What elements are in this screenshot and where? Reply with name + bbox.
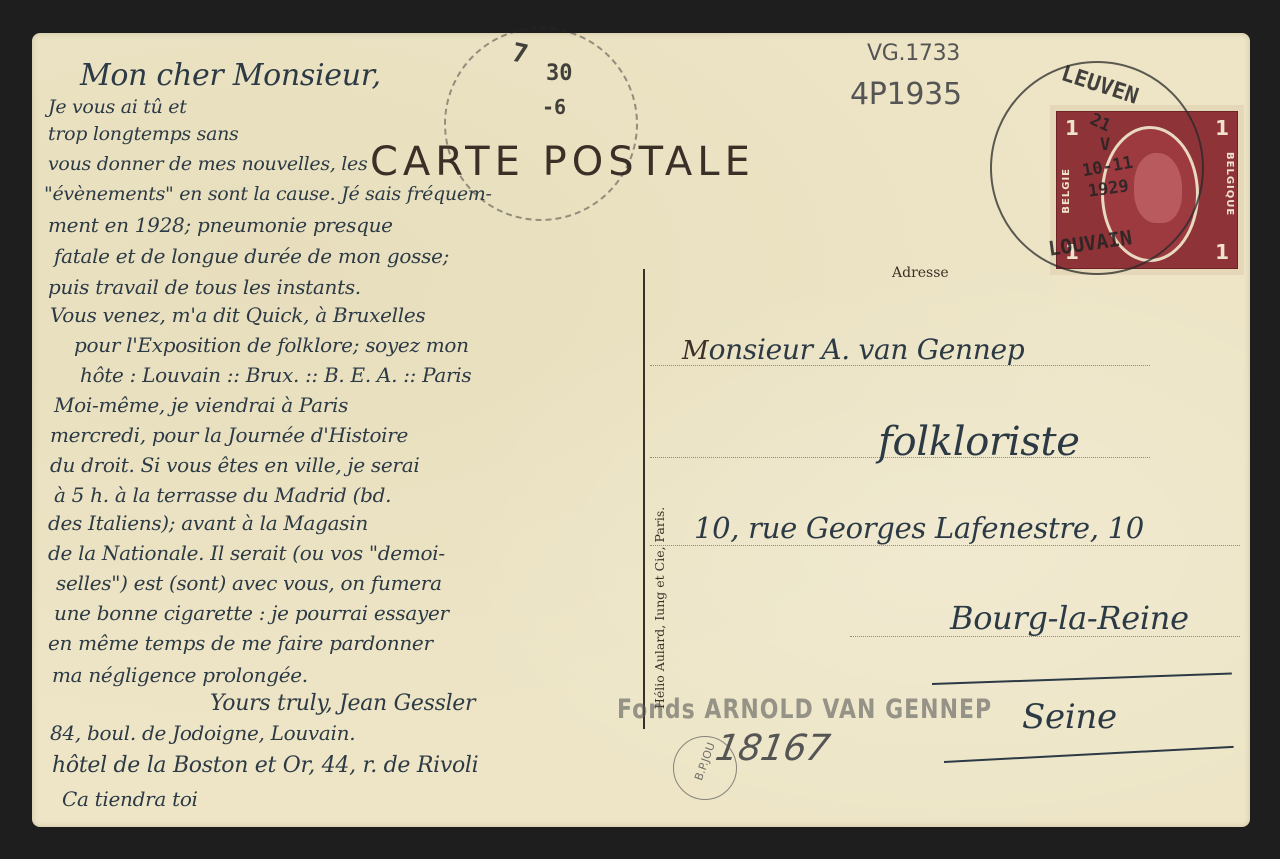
letter-line: du droit. Si vous êtes en ville, je sera…	[50, 455, 419, 475]
letter-line: à 5 h. à la terrasse du Madrid (bd.	[54, 485, 391, 505]
letter-line: vous donner de mes nouvelles, les	[48, 155, 367, 174]
address-occupation: folkloriste	[878, 419, 1080, 465]
address-recipient: Monsieur A. van Gennep	[682, 333, 1024, 366]
address-street: 10, rue Georges Lafenestre, 10	[694, 511, 1144, 545]
letter-line: selles") est (sont) avec vous, on fumera	[56, 573, 442, 593]
letter-line: mercredi, pour la Journée d'Histoire	[50, 425, 408, 445]
letter-line: Vous venez, m'a dit Quick, à Bruxelles	[50, 305, 425, 325]
letter-line: Yours truly, Jean Gessler	[210, 693, 475, 715]
letter-line: puis travail de tous les instants.	[48, 277, 361, 297]
letter-line: Je vous ai tû et	[48, 98, 187, 117]
letter-line: "évènements" en sont la cause. Jé sais f…	[44, 185, 492, 204]
letter-line: des Italiens); avant à la Magasin	[48, 513, 368, 533]
archive-ref-code-2: 4P1935	[850, 77, 962, 112]
letter-line: Mon cher Monsieur,	[80, 61, 381, 91]
address-city: Bourg-la-Reine	[950, 599, 1189, 637]
letter-line: ma négligence prolongée.	[52, 665, 308, 685]
vertical-divider	[643, 269, 645, 729]
address-label: Adresse	[892, 265, 949, 281]
stamp-value-top-right: 1	[1215, 116, 1229, 140]
letter-line: Moi-même, je viendrai à Paris	[54, 395, 348, 415]
stamp-country-right: BELGIQUE	[1219, 152, 1235, 216]
letter-line: fatale et de longue durée de mon gosse;	[54, 246, 449, 266]
arrival-postmark-month: -6	[542, 95, 566, 119]
letter-line: ment en 1928; pneumonie presque	[48, 215, 393, 235]
letter-line: trop longtemps sans	[48, 125, 239, 144]
fonds-archive-stamp: Fonds ARNOLD VAN GENNEP	[617, 695, 992, 725]
department-underline	[944, 746, 1234, 763]
postcard: CARTE POSTALE 7 30 -6 VG.1733 4P1935 1 1…	[32, 33, 1250, 827]
address-department: Seine	[1022, 697, 1117, 737]
letter-line: Ca tiendra toi	[62, 789, 198, 809]
postmark-month: V	[1100, 135, 1110, 155]
letter-line: hôtel de la Boston et Or, 44, r. de Rivo…	[52, 755, 478, 777]
arrival-postmark-day: 30	[546, 61, 573, 86]
city-underline	[932, 673, 1232, 685]
address-name: onsieur A. van Gennep	[709, 333, 1025, 366]
letter-line: 84, boul. de Jodoigne, Louvain.	[50, 723, 355, 743]
archive-ref-code: VG.1733	[867, 41, 960, 66]
letter-line: pour l'Exposition de folklore; soyez mon	[74, 335, 469, 355]
letter-line: une bonne cigarette : je pourrai essayer	[54, 603, 449, 623]
printed-m: M	[682, 336, 709, 366]
letter-line: en même temps de me faire pardonner	[48, 633, 433, 653]
letter-line: de la Nationale. Il serait (ou vos "demo…	[48, 543, 445, 563]
letter-line: hôte : Louvain :: Brux. :: B. E. A. :: P…	[80, 365, 471, 385]
inventory-number: 18167	[712, 728, 832, 769]
stamp-value-bottom-right: 1	[1215, 240, 1229, 264]
publisher-imprint: Hélio Aulard, Iung et Cie, Paris.	[652, 507, 667, 709]
address-line-3	[650, 545, 1240, 546]
